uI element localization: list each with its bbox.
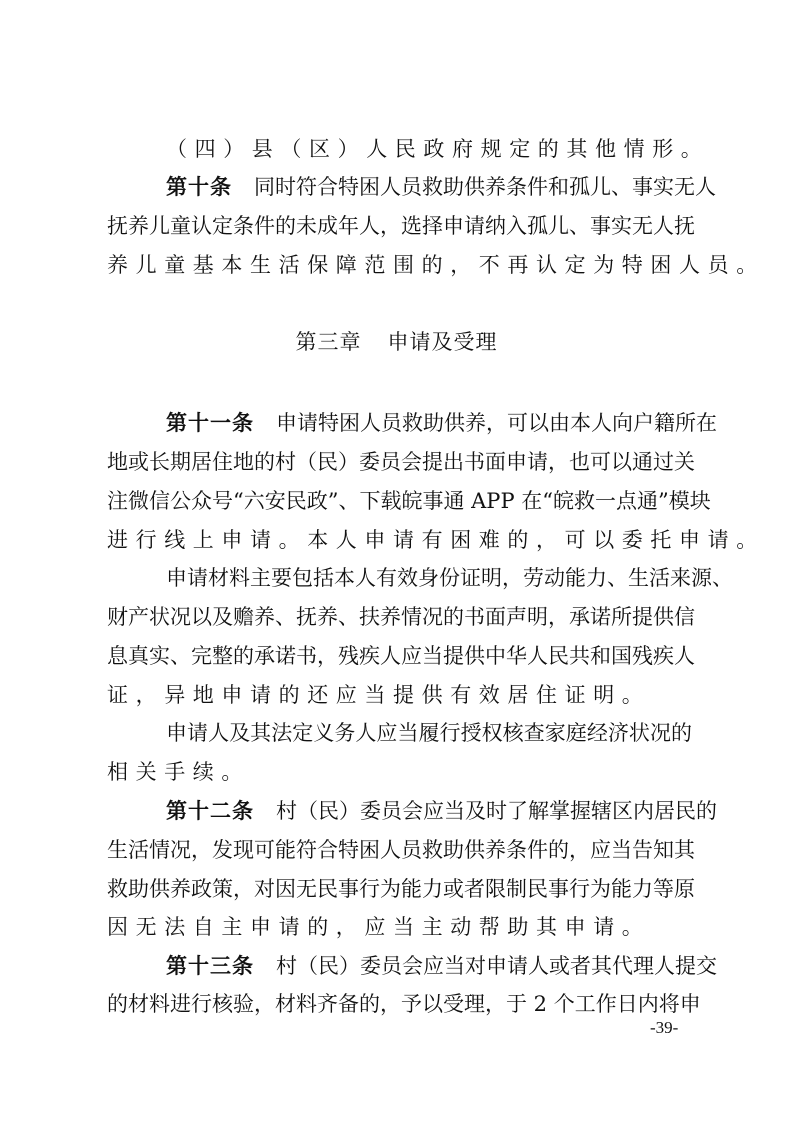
paragraph-line: 注微信公众号“六安民政”、下载皖事通 APP 在“皖救一点通”模块 — [107, 486, 692, 516]
paragraph-line: 进行线上申请。本人申请有困难的，可以委托申请。 — [107, 525, 692, 555]
paragraph-line: （四）县（区）人民政府规定的其他情形。 — [166, 134, 692, 164]
paragraph-line: 的材料进行核验，材料齐备的，予以受理，于 2 个工作日内将申 — [107, 989, 692, 1019]
text: （四）县（区）人民政府规定的其他情形。 — [166, 137, 709, 161]
article-number: 第十条 — [166, 175, 232, 199]
article-13-line: 第十三条村（民）委员会应当对申请人或者其代理人提交 — [166, 951, 692, 981]
paragraph-line: 证，异地申请的还应当提供有效居住证明。 — [107, 680, 692, 710]
text: 村（民）委员会应当及时了解掌握辖区内居民的 — [276, 799, 717, 823]
text: 抚养儿童认定条件的未成年人，选择申请纳入孤儿、事实无人抚 — [107, 214, 695, 238]
text: 相关手续。 — [107, 760, 250, 784]
text: 证，异地申请的还应当提供有效居住证明。 — [107, 683, 650, 707]
text: 生活情况，发现可能符合特困人员救助供养条件的，应当告知其 — [107, 838, 695, 862]
paragraph-line: 相关手续。 — [107, 757, 692, 787]
document-page: （四）县（区）人民政府规定的其他情形。 第十条同时符合特困人员救助供养条件和孤儿… — [0, 0, 793, 1122]
paragraph-line: 救助供养政策，对因无民事行为能力或者限制民事行为能力等原 — [107, 874, 692, 904]
article-12-line: 第十二条村（民）委员会应当及时了解掌握辖区内居民的 — [166, 796, 692, 826]
text: 同时符合特困人员救助供养条件和孤儿、事实无人 — [254, 175, 716, 199]
text: 地或长期居住地的村（民）委员会提出书面申请，也可以通过关 — [107, 450, 695, 474]
paragraph-line: 因无法自主申请的，应当主动帮助其申请。 — [107, 912, 692, 942]
text: 财产状况以及赡养、抚养、扶养情况的书面声明，承诺所提供信 — [107, 605, 695, 629]
chapter-title: 申请及受理 — [388, 330, 498, 354]
paragraph-line: 抚养儿童认定条件的未成年人，选择申请纳入孤儿、事实无人抚 — [107, 211, 692, 241]
article-number: 第十二条 — [166, 799, 254, 823]
chapter-number: 第三章 — [296, 330, 362, 354]
text: 申请人及其法定义务人应当履行授权核查家庭经济状况的 — [166, 721, 692, 745]
text: 救助供养政策，对因无民事行为能力或者限制民事行为能力等原 — [107, 877, 695, 901]
text: 养儿童基本生活保障范围的，不再认定为特困人员。 — [107, 253, 765, 277]
chapter-heading: 第三章申请及受理 — [0, 327, 793, 357]
paragraph-line: 生活情况，发现可能符合特困人员救助供养条件的，应当告知其 — [107, 835, 692, 865]
text: 因无法自主申请的，应当主动帮助其申请。 — [107, 915, 650, 939]
article-10-line: 第十条同时符合特困人员救助供养条件和孤儿、事实无人 — [166, 172, 692, 202]
text: 注微信公众号“六安民政”、下载皖事通 APP 在“皖救一点通”模块 — [107, 489, 711, 513]
text: 的材料进行核验，材料齐备的，予以受理，于 2 个工作日内将申 — [107, 992, 701, 1016]
paragraph-line: 申请人及其法定义务人应当履行授权核查家庭经济状况的 — [166, 718, 692, 748]
article-number: 第十三条 — [166, 954, 254, 978]
text: 息真实、完整的承诺书，残疾人应当提供中华人民共和国残疾人 — [107, 644, 695, 668]
article-11-line: 第十一条申请特困人员救助供养，可以由本人向户籍所在 — [166, 408, 692, 438]
text: 申请材料主要包括本人有效身份证明，劳动能力、生活来源、 — [166, 566, 733, 590]
text: 申请特困人员救助供养，可以由本人向户籍所在 — [276, 411, 717, 435]
paragraph-line: 申请材料主要包括本人有效身份证明，劳动能力、生活来源、 — [166, 563, 692, 593]
paragraph-line: 养儿童基本生活保障范围的，不再认定为特困人员。 — [107, 250, 692, 280]
paragraph-line: 息真实、完整的承诺书，残疾人应当提供中华人民共和国残疾人 — [107, 641, 692, 671]
page-number: -39- — [650, 1018, 678, 1038]
text: 进行线上申请。本人申请有困难的，可以委托申请。 — [107, 528, 765, 552]
text: 村（民）委员会应当对申请人或者其代理人提交 — [276, 954, 717, 978]
article-number: 第十一条 — [166, 411, 254, 435]
paragraph-line: 财产状况以及赡养、抚养、扶养情况的书面声明，承诺所提供信 — [107, 602, 692, 632]
paragraph-line: 地或长期居住地的村（民）委员会提出书面申请，也可以通过关 — [107, 447, 692, 477]
